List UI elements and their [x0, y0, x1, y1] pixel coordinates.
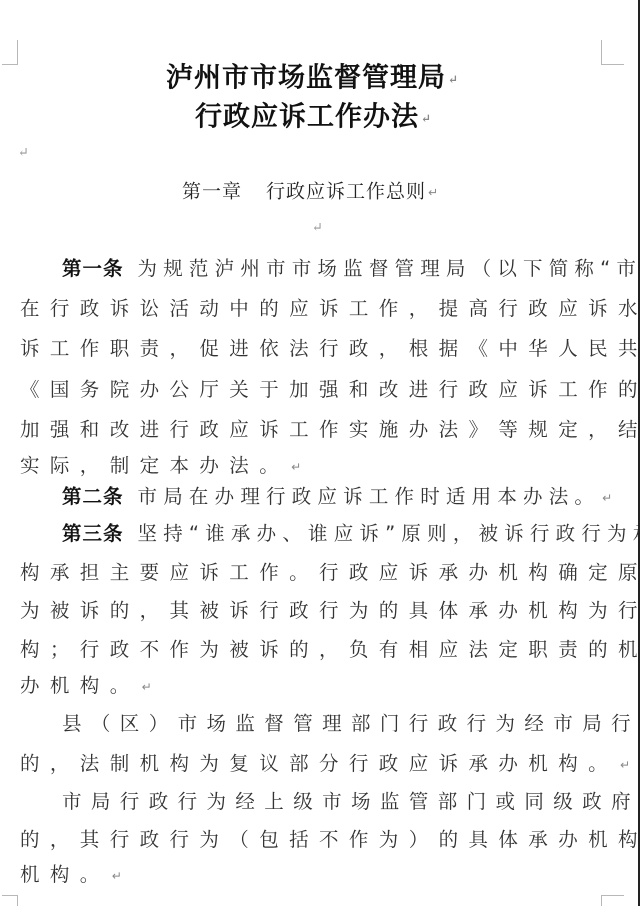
city-paragraph-line: 市局行政行为经上级市场监管部门或同级政府复议后被诉 [62, 786, 640, 814]
article-1-line: 诉工作职责，促进依法行政，根据《中华人民共和国行政诉讼法》 [20, 333, 640, 361]
article-text: 实际，制定本办法。 [20, 454, 289, 477]
article-1-line: 加强和改进行政应诉工作实施办法》等规定，结合市场监管工作 [20, 414, 640, 442]
paragraph-text: 的，法制机构为复议部分行政应诉承办机构。 [20, 752, 618, 775]
article-heading: 第二条 [62, 485, 124, 508]
article-3-line: 构承担主要应诉工作。行政应诉承办机构确定原则是：原行政行 [20, 557, 640, 585]
paragraph-mark-icon: ↵ [142, 680, 152, 694]
article-3-line: 第三条坚持“谁承办、谁应诉”原则，被诉行政行为承办机 [62, 518, 640, 546]
paragraph-mark-icon: ↵ [620, 758, 630, 772]
paragraph-text: 机构。 [20, 863, 110, 886]
county-paragraph-line: 县（区）市场监督管理部门行政行为经市局行政复议后被诉 [62, 708, 640, 736]
document-page: 泸州市市场监督管理局↵ 行政应诉工作办法↵ ↵ 第一章行政应诉工作总则↵ ↵ 第… [0, 0, 638, 906]
chapter-number: 第一章 [182, 181, 242, 203]
document-title-line-2: 行政应诉工作办法↵ [195, 95, 431, 134]
article-1-line: 实际，制定本办法。↵ [20, 450, 301, 478]
chapter-heading: 第一章行政应诉工作总则↵ [182, 177, 438, 204]
article-3-line: 办机构。↵ [20, 670, 152, 698]
city-paragraph-line: 的，其行政行为（包括不作为）的具体承办机构为行政应诉承办 [20, 824, 640, 852]
article-heading: 第三条 [62, 522, 124, 545]
margin-corner-top-right [601, 40, 624, 65]
article-text: 坚持“谁承办、谁应诉”原则，被诉行政行为承办机 [138, 522, 640, 545]
paragraph-mark-icon: ↵ [428, 185, 438, 199]
margin-corner-top-left [2, 40, 18, 65]
margin-corner-bottom-left [2, 895, 18, 906]
paragraph-mark-icon: ↵ [602, 491, 612, 505]
article-3-line: 构；行政不作为被诉的，负有相应法定职责的机构为行政应诉承 [20, 634, 640, 662]
document-title-line-1: 泸州市市场监督管理局↵ [166, 56, 458, 95]
paragraph-mark-icon: ↵ [312, 221, 323, 236]
paragraph-mark-icon: ↵ [291, 460, 301, 474]
article-1-line: 《国务院办公厅关于加强和改进行政应诉工作的意见》《四川省 [20, 374, 640, 402]
article-text: 为规范泸州市市场监督管理局（以下简称“市局”） [138, 257, 640, 280]
margin-corner-bottom-right [601, 895, 624, 906]
article-text: 市局在办理行政应诉工作时适用本办法。 [138, 485, 601, 508]
paragraph-mark-icon: ↵ [18, 146, 29, 161]
article-heading: 第一条 [62, 257, 124, 280]
paragraph-mark-icon: ↵ [448, 72, 458, 86]
article-1-line: 第一条为规范泸州市市场监督管理局（以下简称“市局”） [62, 253, 640, 281]
chapter-title: 行政应诉工作总则 [266, 181, 426, 203]
city-paragraph-line: 机构。↵ [20, 859, 122, 887]
article-3-line: 为被诉的，其被诉行政行为的具体承办机构为行政应诉承办机 [20, 595, 640, 623]
title-text: 泸州市市场监督管理局 [166, 63, 446, 94]
article-1-line: 在行政诉讼活动中的应诉工作，提高行政应诉水平，明确行政应 [20, 293, 640, 321]
county-paragraph-line: 的，法制机构为复议部分行政应诉承办机构。↵ [20, 748, 630, 776]
title-text: 行政应诉工作办法 [195, 102, 419, 133]
article-text: 办机构。 [20, 674, 140, 697]
paragraph-mark-icon: ↵ [112, 869, 122, 883]
paragraph-mark-icon: ↵ [421, 111, 431, 125]
article-2-line: 第二条市局在办理行政应诉工作时适用本办法。↵ [62, 481, 612, 509]
